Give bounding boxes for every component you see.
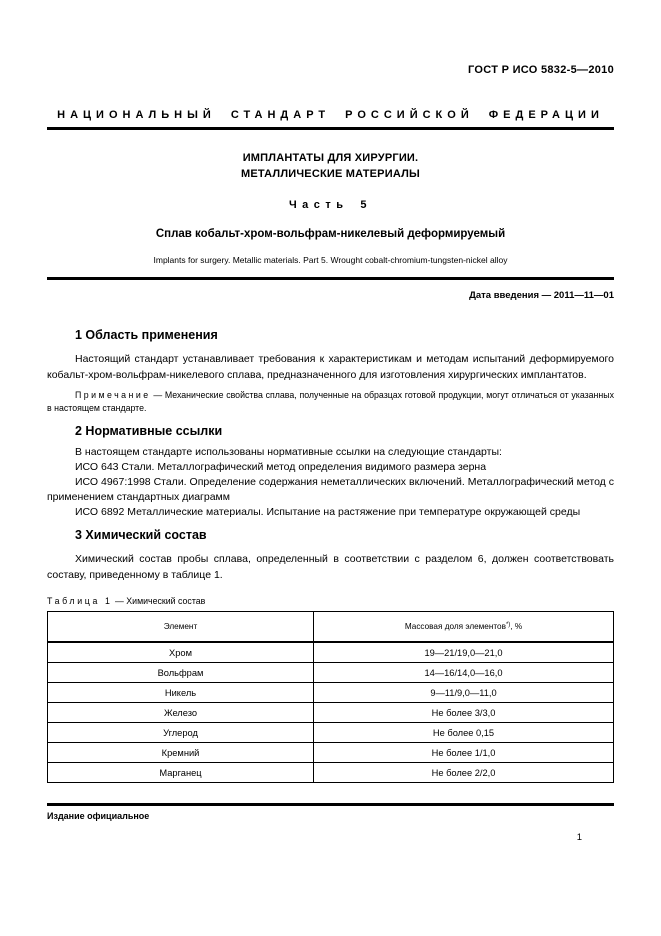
value-cell: Не более 2/2,0 <box>314 763 614 783</box>
element-cell: Железо <box>48 703 314 723</box>
chemical-composition-table: Элемент Массовая доля элементов*), % Хро… <box>47 611 614 783</box>
table-caption-title: — Химический состав <box>115 596 205 606</box>
element-cell: Вольфрам <box>48 663 314 683</box>
subtitle-english: Implants for surgery. Metallic materials… <box>47 255 614 266</box>
section-1-heading: 1 Область применения <box>47 327 614 343</box>
table-row: Кремний Не более 1/1,0 <box>48 743 614 763</box>
table-caption: Таблица 1 — Химический состав <box>47 596 614 607</box>
column-header-element: Элемент <box>48 612 314 643</box>
value-cell: 14—16/14,0—16,0 <box>314 663 614 683</box>
table-row: Железо Не более 3/3,0 <box>48 703 614 723</box>
table-row: Углерод Не более 0,15 <box>48 723 614 743</box>
table-header-row: Элемент Массовая доля элементов*), % <box>48 612 614 643</box>
element-cell: Никель <box>48 683 314 703</box>
table-row: Вольфрам 14—16/14,0—16,0 <box>48 663 614 683</box>
document-title: ИМПЛАНТАТЫ ДЛЯ ХИРУРГИИ. МЕТАЛЛИЧЕСКИЕ М… <box>47 150 614 182</box>
note-label: Примечание <box>75 390 151 400</box>
table-caption-label: Таблица 1 <box>47 596 113 606</box>
normative-reference: ИСО 6892 Металлические материалы. Испыта… <box>47 505 614 520</box>
element-cell: Хром <box>48 642 314 663</box>
subtitle-russian: Сплав кобальт-хром-вольфрам-никелевый де… <box>47 227 614 241</box>
value-cell: Не более 3/3,0 <box>314 703 614 723</box>
footer-rule <box>47 803 614 806</box>
document-page: ГОСТ Р ИСО 5832-5—2010 НАЦИОНАЛЬНЫЙ СТАН… <box>0 0 661 936</box>
introduction-date: Дата введения — 2011—11—01 <box>47 290 614 302</box>
title-rule <box>47 277 614 280</box>
table-row: Никель 9—11/9,0—11,0 <box>48 683 614 703</box>
title-line-2: МЕТАЛЛИЧЕСКИЕ МАТЕРИАЛЫ <box>47 166 614 182</box>
section-1-note: Примечание — Механические свойства сплав… <box>47 389 614 414</box>
header-rule <box>47 127 614 130</box>
part-label: Часть 5 <box>47 199 614 212</box>
section-3-heading: 3 Химический состав <box>47 527 614 543</box>
element-cell: Кремний <box>48 743 314 763</box>
value-cell: 19—21/19,0—21,0 <box>314 642 614 663</box>
page-number: 1 <box>47 832 614 844</box>
national-standard-banner: НАЦИОНАЛЬНЫЙ СТАНДАРТ РОССИЙСКОЙ ФЕДЕРАЦ… <box>47 108 614 122</box>
normative-reference: ИСО 4967:1998 Стали. Определение содержа… <box>47 475 614 505</box>
section-2-heading: 2 Нормативные ссылки <box>47 423 614 439</box>
column-header-text: Массовая доля элементов <box>405 622 506 631</box>
value-cell: 9—11/9,0—11,0 <box>314 683 614 703</box>
section-2-intro: В настоящем стандарте использованы норма… <box>47 445 614 460</box>
value-cell: Не более 1/1,0 <box>314 743 614 763</box>
section-3-paragraph: Химический состав пробы сплава, определе… <box>47 551 614 583</box>
doc-code: ГОСТ Р ИСО 5832-5—2010 <box>47 64 614 77</box>
normative-reference: ИСО 643 Стали. Металлографический метод … <box>47 460 614 475</box>
element-cell: Марганец <box>48 763 314 783</box>
value-cell: Не более 0,15 <box>314 723 614 743</box>
official-edition-note: Издание официальное <box>47 810 614 822</box>
section-1-paragraph: Настоящий стандарт устанавливает требова… <box>47 351 614 383</box>
element-cell: Углерод <box>48 723 314 743</box>
title-line-1: ИМПЛАНТАТЫ ДЛЯ ХИРУРГИИ. <box>47 150 614 166</box>
column-header-unit: , % <box>510 622 522 631</box>
table-row: Хром 19—21/19,0—21,0 <box>48 642 614 663</box>
table-row: Марганец Не более 2/2,0 <box>48 763 614 783</box>
column-header-mass-fraction: Массовая доля элементов*), % <box>314 612 614 643</box>
